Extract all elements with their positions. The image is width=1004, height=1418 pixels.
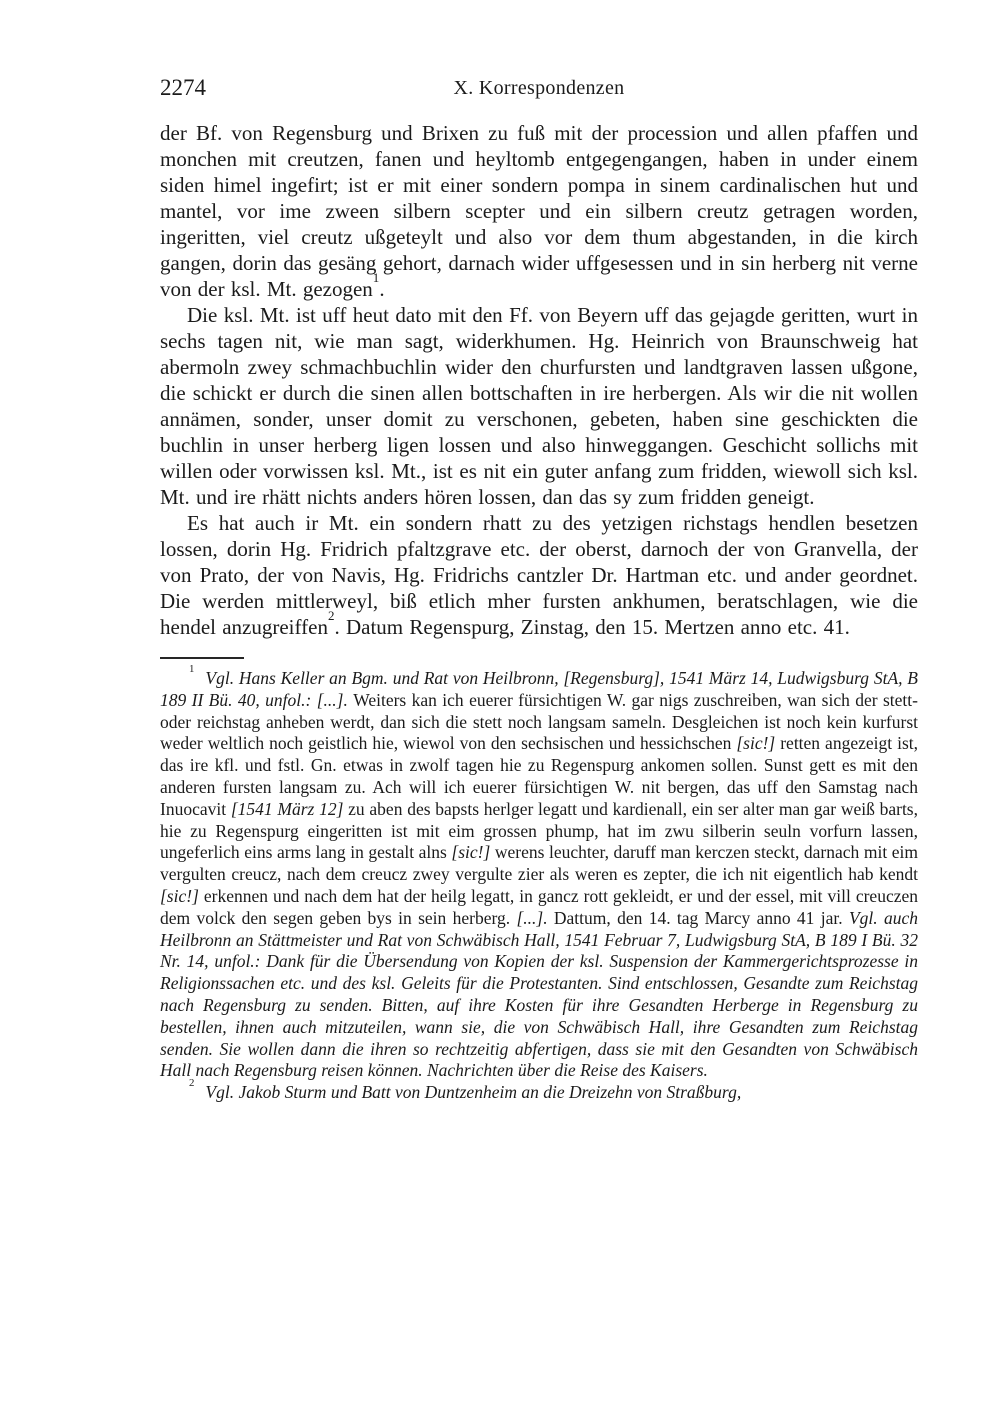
footnote-2: 2Vgl. Jakob Sturm und Batt von Duntzenhe… (160, 1082, 918, 1104)
body-paragraph-2: Die ksl. Mt. ist uff heut dato mit den F… (160, 302, 918, 510)
footnote-marker: 2 (328, 608, 335, 623)
footnotes-section: 1Vgl. Hans Keller an Bgm. und Rat von He… (160, 668, 918, 1104)
running-header: 2274 X. Korrespondenzen (160, 74, 918, 104)
footnote-separator-rule (160, 657, 244, 659)
text-run: . (379, 277, 384, 301)
text-run: [sic!] (451, 842, 490, 862)
text-run: der Bf. von Regensburg und Brixen zu fuß… (160, 121, 918, 301)
footnote-marker: 1 (189, 663, 194, 675)
text-run: [...]. (516, 908, 547, 928)
running-title: X. Korrespondenzen (160, 74, 918, 102)
body-paragraph-3: Es hat auch ir Mt. ein sondern rhatt zu … (160, 510, 918, 640)
text-run: Vgl. Jakob Sturm und Batt von Duntzenhei… (205, 1082, 741, 1102)
book-page: 2274 X. Korrespondenzen der Bf. von Rege… (0, 0, 1004, 1418)
footnote-1: 1Vgl. Hans Keller an Bgm. und Rat von He… (160, 668, 918, 1082)
text-run: [sic!] (736, 733, 775, 753)
text-run: Vgl. auch Heilbronn an Stättmeister und … (160, 908, 918, 1081)
body-paragraph-1: der Bf. von Regensburg und Brixen zu fuß… (160, 120, 918, 302)
footnote-marker: 2 (189, 1077, 194, 1089)
main-text: der Bf. von Regensburg und Brixen zu fuß… (160, 120, 918, 640)
footnote-marker: 1 (373, 270, 380, 285)
text-run: Die ksl. Mt. ist uff heut dato mit den F… (160, 303, 918, 509)
text-run: [sic!] (160, 886, 199, 906)
text-run: Dattum, den 14. tag Marcy anno 41 jar. (548, 908, 849, 928)
text-run: [1541 März 12] (231, 799, 344, 819)
page-number: 2274 (160, 74, 206, 102)
text-run: . Datum Regenspurg, Zinstag, den 15. Mer… (334, 615, 849, 639)
text-block: 2274 X. Korrespondenzen der Bf. von Rege… (160, 74, 918, 1104)
